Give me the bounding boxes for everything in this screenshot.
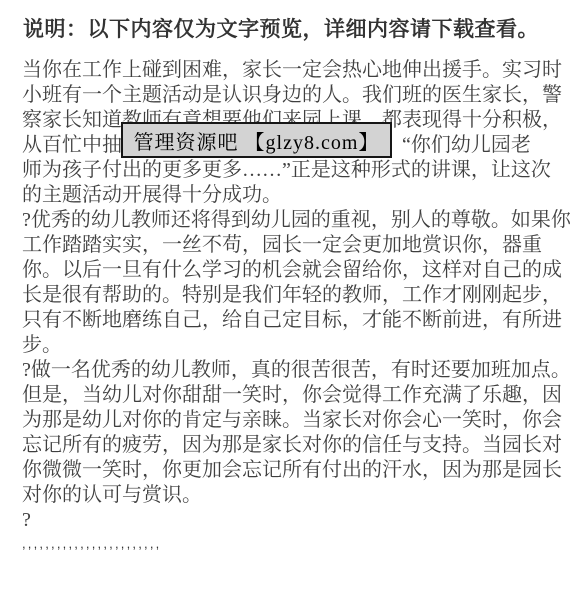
text-line: 只有不断地磨练自己，给自己定目标，才能不断前进，有所进 — [22, 308, 567, 333]
document-preview-page: 说明：以下内容仅为文字预览，详细内容请下载查看。 当你在工作上碰到困难，家长一定… — [0, 0, 578, 600]
text-line: 你微微一笑时，你更加会忘记所有付出的汗水，因为那是园长 — [22, 458, 567, 483]
text-line: 你。以后一旦有什么学习的机会就会留给你，这样对自己的成 — [22, 258, 567, 283]
watermark-text: 管理资源吧 【glzy8.com】 — [134, 126, 380, 155]
text-line: 的主题活动开展得十分成功。 — [22, 183, 567, 208]
text-before-watermark: 从百忙中抽 — [22, 134, 122, 156]
text-line: 步。 — [22, 333, 567, 358]
text-line: 对你的认可与赏识。 — [22, 483, 567, 508]
text-line: 小班有一个主题活动是认识身边的人。我们班的医生家长，警 — [22, 83, 567, 108]
text-line: 忘记所有的疲劳，因为那是家长对你的信任与支持。当园长对 — [22, 433, 567, 458]
text-line: 为那是幼儿对你的肯定与亲睐。当家长对你会心一笑时，你会 — [22, 408, 567, 433]
text-line: 长是很有帮助的。特别是我们年轻的教师，工作才刚刚起步， — [22, 283, 567, 308]
text-line: ?做一名优秀的幼儿教师，真的很苦很苦，有时还要加班加点。 — [22, 358, 567, 383]
text-line: ?优秀的幼儿教师还将得到幼儿园的重视，别人的尊敬。如果你 — [22, 208, 567, 233]
text-line: 师为孩子付出的更多更多……”正是这种形式的讲课，让这次 — [22, 158, 567, 183]
stray-question-mark-line: ? — [22, 508, 567, 533]
text-line: 工作踏踏实实，一丝不苟，园长一定会更加地赏识你，器重 — [22, 233, 567, 258]
watermark-badge-glzy8[interactable]: 管理资源吧 【glzy8.com】 — [121, 122, 392, 158]
text-line: 但是，当幼儿对你甜甜一笑时，你会觉得工作充满了乐趣，因 — [22, 383, 567, 408]
preview-notice-heading: 说明：以下内容仅为文字预览，详细内容请下载查看。 — [23, 15, 539, 43]
text-line: 当你在工作上碰到困难，家长一定会热心地伸出援手。实习时 — [22, 58, 567, 83]
text-after-watermark: “你们幼儿园老 — [402, 134, 531, 156]
trailing-dots-line: ,,,,,,,,,,,,,,,,,,,,,,,, — [22, 533, 567, 558]
